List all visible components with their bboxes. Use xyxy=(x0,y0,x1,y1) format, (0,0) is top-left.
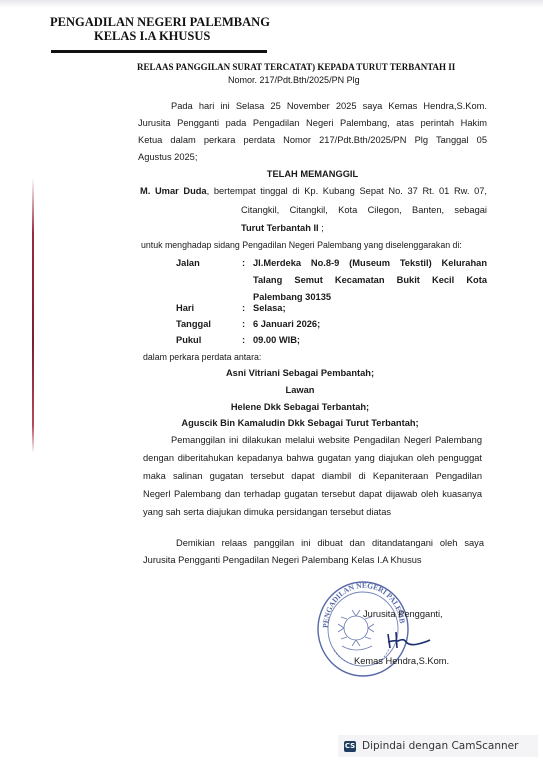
party-role-suffix: ; xyxy=(319,223,324,233)
notice-line-3: maka salinan gugatan tersebut dapat diam… xyxy=(143,471,482,481)
opening-line-1: Pada hari ini Selasa 25 November 2025 sa… xyxy=(171,101,487,111)
venue-intro: untuk menghadap sidang Pengadilan Negeri… xyxy=(141,240,462,250)
notice-line-2: dengan diberitahukan kepadanya bahwa gug… xyxy=(143,453,482,463)
detail-label-tanggal: Tanggal xyxy=(176,319,211,329)
signer-name: Kemas Hendra,S.Kom. xyxy=(354,656,449,666)
detail-colon: : xyxy=(242,258,245,268)
camscanner-logo-icon: CS xyxy=(344,741,356,752)
scan-top-shade xyxy=(0,0,543,8)
signature-icon xyxy=(384,628,434,652)
detail-label-hari: Hari xyxy=(176,303,194,313)
svg-text:PENGADILAN NEGERI PALEMBANG: PENGADILAN NEGERI PALEMBANG xyxy=(316,580,407,628)
venue-intro-prefix: untuk menghadap sidang xyxy=(141,240,242,250)
detail-jalan-line-2: Talang Semut Kecamatan Bukit Kecil Kota xyxy=(253,275,487,285)
detail-jalan-line-1: Jl.Merdeka No.8-9 (Museum Tekstil) Kelur… xyxy=(253,258,487,268)
opening-line-2: Jurusita Pengganti pada Pengadilan Neger… xyxy=(138,118,487,128)
detail-label-pukul: Pukul xyxy=(176,335,201,345)
opening-line-3: Ketua dalam perkara perdata Nomor 217/Pd… xyxy=(138,135,487,145)
closing-line-2: Jurusita Pengganti Pengadilan Negeri Pal… xyxy=(143,555,422,565)
detail-jalan-line-3: Palembang 30135 xyxy=(253,292,331,302)
party-address-2: Citangkil, Citangkil, Kota Cilegon, Bant… xyxy=(241,205,487,215)
defendant: Helene Dkk Sebagai Terbantah; xyxy=(200,402,400,412)
opening-line-4: Agustus 2025; xyxy=(138,152,197,162)
detail-label-jalan: Jalan xyxy=(176,258,200,268)
document-number: Nomor. 217/Pdt.Bth/2025/PN Plg xyxy=(228,75,360,85)
party-role: Turut Terbantah II xyxy=(241,223,319,233)
detail-hari-value: Selasa; xyxy=(253,303,286,313)
notice-line-5: yang sah serta diajukan dimuka persidang… xyxy=(143,507,391,517)
party-address-1: , bertempat tinggal di Kp. Kubang Sepat … xyxy=(207,186,487,196)
detail-colon: : xyxy=(242,335,245,345)
camscanner-badge: CS Dipindai dengan CamScanner xyxy=(338,735,538,757)
party-role-line: Turut Terbantah II ; xyxy=(241,223,324,233)
detail-colon: : xyxy=(242,303,245,313)
binding-mark xyxy=(32,178,34,453)
closing-line-1: Demikian relaas panggilan ini dibuat dan… xyxy=(176,538,484,548)
court-class: KELAS I.A KHUSUS xyxy=(94,29,210,44)
detail-tanggal-value: 6 Januari 2026; xyxy=(253,319,320,329)
plaintiff: Asni Vitriani Sebagai Pembantah; xyxy=(200,368,400,378)
document-title: RELAAS PANGGILAN SURAT TERCATAT) KEPADA … xyxy=(137,62,455,72)
camscanner-text: Dipindai dengan CamScanner xyxy=(362,740,518,752)
summon-heading: TELAH MEMANGGIL xyxy=(138,169,487,179)
notice-line-4: Negerl Palembang dan terhadap gugatan te… xyxy=(143,489,482,499)
detail-colon: : xyxy=(242,319,245,329)
court-name: PENGADILAN NEGERI PALEMBANG xyxy=(50,15,270,30)
venue-intro-suffix: yang diselenggarakan di: xyxy=(362,240,462,250)
co-defendant: Aguscik Bin Kamaludin Dkk Sebagai Turut … xyxy=(160,418,440,428)
party-name: M. Umar Duda xyxy=(140,186,207,196)
case-intro: dalam perkara perdata antara: xyxy=(143,352,261,362)
notice-line-1: Pemanggilan ini dilakukan melalui websit… xyxy=(171,435,482,445)
detail-pukul-value: 09.00 WIB; xyxy=(253,335,300,345)
letterhead-rule xyxy=(51,50,267,53)
venue-intro-court: Pengadilan Negeri Palembang xyxy=(242,240,361,250)
signer-position: Jurusita Pengganti, xyxy=(363,609,443,619)
party-line-1: M. Umar Duda, bertempat tinggal di Kp. K… xyxy=(140,186,487,196)
versus: Lawan xyxy=(200,385,400,395)
